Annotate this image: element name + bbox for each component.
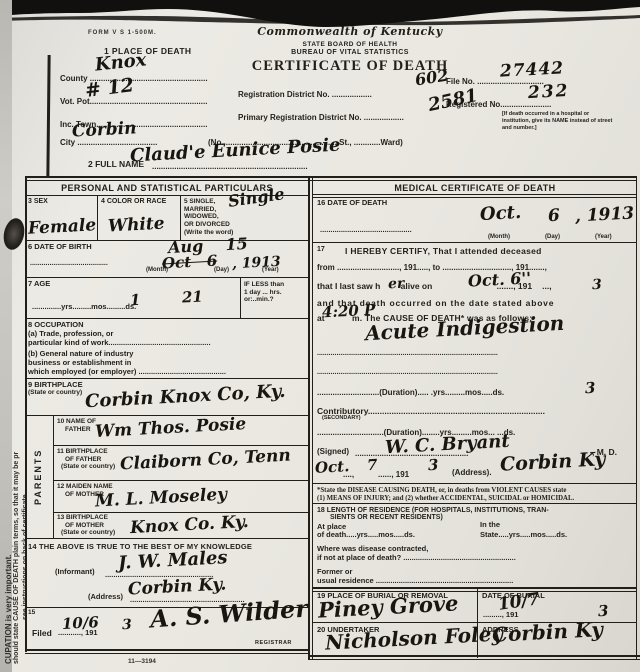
sign-date-day: 7 bbox=[367, 458, 378, 474]
registered-no-value: 232 bbox=[528, 83, 570, 102]
occupation-b3: which employed (or employer) ...........… bbox=[28, 368, 226, 377]
father-birthplace-value: Claiborn Co, Tenn bbox=[120, 448, 292, 474]
left-column-bottom-rule bbox=[25, 649, 309, 654]
dob-day-label: (Day) bbox=[214, 267, 229, 274]
item17-label: 17 bbox=[317, 246, 325, 254]
burial-place-value: Piney Grove bbox=[318, 592, 459, 620]
date-of-death-day: 6 bbox=[548, 208, 561, 226]
date-of-death-label: 16 DATE OF DEATH bbox=[317, 199, 387, 208]
table-left-border bbox=[25, 176, 27, 652]
sign-date-mid: ...., bbox=[343, 470, 354, 479]
ifless-l1: IF LESS than bbox=[244, 281, 284, 288]
city-value: Corbin bbox=[72, 120, 137, 140]
father-l1: 10 NAME OF bbox=[57, 418, 96, 425]
sex-label: 3 SEX bbox=[28, 198, 48, 206]
father-birthplace-label: 11 BIRTHPLACE OF FATHER (State or countr… bbox=[57, 448, 115, 471]
lastsaw-pre: that I last saw h bbox=[317, 281, 380, 291]
at-place-label-2: of death.....yrs.....mos.....ds. bbox=[317, 531, 415, 540]
page-fold-line bbox=[46, 55, 50, 177]
age-label: 7 AGE bbox=[28, 280, 50, 289]
burial-date-line: ........., 191 bbox=[483, 611, 518, 620]
marital-l4: OR DIVORCED bbox=[184, 221, 230, 228]
commonwealth-title: Commonwealth of Kentucky bbox=[240, 26, 460, 39]
marital-value: Single bbox=[227, 186, 285, 210]
birthplace-sublabel: (State or country) bbox=[28, 389, 82, 397]
filed-date-value: 10/6 bbox=[62, 615, 100, 632]
hline-row13 bbox=[25, 538, 309, 539]
marital-l3: WIDOWED, bbox=[184, 213, 219, 220]
lastsaw-end: ..., bbox=[542, 281, 551, 291]
filed-label: Filed bbox=[32, 628, 52, 638]
dob-month-label: (Month) bbox=[146, 267, 168, 274]
table-right-border bbox=[636, 176, 637, 660]
where-contracted-2: if not at place of death? ..............… bbox=[317, 554, 516, 563]
item15-label: 15 bbox=[28, 609, 35, 617]
dod-month-label: (Month) bbox=[488, 234, 510, 241]
sex-value: Female bbox=[28, 217, 97, 238]
cause-dots-1: ........................................… bbox=[317, 350, 498, 358]
county-label: County .................................… bbox=[60, 74, 208, 83]
race-value: White bbox=[108, 216, 165, 236]
certify-statement: I HEREBY CERTIFY, That I attended deceas… bbox=[345, 246, 542, 256]
vline-sex-race bbox=[97, 195, 98, 240]
registration-district-label: Registration District No. ..............… bbox=[238, 90, 372, 99]
dob-dots: ........................................ bbox=[30, 260, 108, 268]
lastsaw-her-value: er bbox=[388, 277, 405, 292]
father-bp-l2: OF FATHER bbox=[57, 456, 101, 463]
hline-row7 bbox=[25, 318, 309, 319]
father-name-value: Wm Thos. Posie bbox=[95, 416, 247, 441]
duration-line-1: ............................(Duration)..… bbox=[317, 388, 504, 397]
residence-label-2: SIENTS OR RECENT RESIDENTS) bbox=[330, 514, 443, 522]
vot-pot-label: Vot. Pot................................… bbox=[60, 97, 207, 106]
footnote-line-2: (1) MEANS OF INJURY; and (2) whether ACC… bbox=[317, 495, 574, 503]
physician-signature: W. C. Bryant bbox=[385, 433, 510, 458]
dod-dots: ........................................… bbox=[320, 226, 412, 235]
mother-name-value: M. L. Moseley bbox=[95, 487, 228, 511]
marital-l2: MARRIED, bbox=[184, 206, 216, 213]
lastsaw-year-value: 3 bbox=[592, 278, 602, 292]
hline-row8 bbox=[25, 378, 309, 379]
registration-district-value: 602 bbox=[414, 67, 449, 88]
form-code: FORM V S 1-500M. bbox=[88, 30, 157, 37]
age-months-value: 1 bbox=[130, 293, 141, 309]
dod-day-label: (Day) bbox=[545, 234, 560, 241]
ifless-l2: 1 day ... hrs. bbox=[244, 289, 282, 296]
margin-note-3: CUPATION is very important. bbox=[4, 555, 13, 665]
hline-below-footnote bbox=[313, 503, 636, 504]
mother-birthplace-label: 13 BIRTHPLACE OF MOTHER (State or countr… bbox=[57, 514, 115, 537]
sign-date-year: 3 bbox=[428, 458, 439, 474]
in-the-label-2: State.....yrs.....mos.....ds. bbox=[480, 531, 567, 540]
marital-l1: 5 SINGLE, bbox=[184, 198, 215, 205]
mother-l1: 12 MAIDEN NAME bbox=[57, 483, 113, 490]
hline-row12 bbox=[53, 512, 309, 513]
filed-year-value: 3 bbox=[122, 618, 132, 632]
duration-days-value: 3 bbox=[585, 381, 596, 397]
father-l2: FATHER bbox=[57, 426, 91, 433]
hline-row11 bbox=[53, 480, 309, 481]
if-less-note: IF LESS than 1 day ... hrs. or:..min.? bbox=[244, 281, 284, 304]
signed-label: (Signed) bbox=[317, 447, 349, 456]
father-bp-l3: (State or country) bbox=[57, 463, 115, 470]
bottom-rule bbox=[308, 655, 640, 660]
sign-address-value: Corbin Ky bbox=[500, 450, 606, 474]
vline-race-marital bbox=[180, 195, 181, 240]
informant-label: (Informant) bbox=[55, 568, 95, 577]
mother-bp-l2: OF MOTHER bbox=[57, 522, 104, 529]
table-top-rule bbox=[25, 176, 637, 181]
dob-value-line2: Oct 6 bbox=[162, 254, 218, 272]
age-line: ..............yrs.........mos.........ds… bbox=[32, 303, 136, 312]
dob-label: 6 DATE OF BIRTH bbox=[28, 243, 92, 252]
sign-address-label: (Address). bbox=[452, 468, 492, 477]
marital-label: 5 SINGLE, MARRIED, WIDOWED, OR DIVORCED … bbox=[184, 198, 233, 236]
medical-section-title: MEDICAL CERTIFICATE OF DEATH bbox=[313, 183, 637, 194]
father-name-label: 10 NAME OF FATHER bbox=[57, 418, 96, 433]
hline-row6 bbox=[25, 277, 309, 278]
file-no-value: 27442 bbox=[500, 60, 565, 80]
date-of-death-year: , 1913 bbox=[575, 205, 635, 225]
footnote-line-1: *State the DISEASE CAUSING DEATH, or, in… bbox=[317, 487, 566, 495]
death-certificate-scan: should state CAUSE OF DEATH plain terms,… bbox=[0, 0, 640, 672]
date-of-death-month: Oct. bbox=[480, 204, 522, 224]
vline-age-ifless bbox=[240, 277, 241, 318]
father-bp-l1: 11 BIRTHPLACE bbox=[57, 448, 108, 455]
board-title: STATE BOARD OF HEALTH bbox=[240, 41, 460, 49]
race-label: 4 COLOR OR RACE bbox=[101, 198, 166, 206]
sign-date-post: ......, 191 bbox=[378, 470, 409, 479]
hline-above-footnote bbox=[313, 483, 636, 484]
former-residence-2: usual residence ........................… bbox=[317, 577, 513, 586]
ifless-l3: or:..min.? bbox=[244, 296, 274, 303]
vline-parents bbox=[53, 415, 54, 538]
dob-year-label: (Year) bbox=[262, 267, 279, 274]
mother-birthplace-value: Knox Co. Ky. bbox=[130, 514, 250, 537]
primary-registration-label: Primary Registration District No. ......… bbox=[238, 113, 404, 122]
secondary-label: (SECONDARY) bbox=[322, 415, 361, 421]
in-the-label-1: In the bbox=[480, 521, 500, 530]
parents-label: PARENTS bbox=[33, 449, 43, 505]
cause-dots-2: ........................................… bbox=[317, 369, 498, 377]
county-value: Knox bbox=[94, 51, 147, 74]
lastsaw-date-value: Oct. 6'' bbox=[468, 270, 532, 289]
mother-bp-l1: 13 BIRTHPLACE bbox=[57, 514, 108, 521]
undertaker-address-value: Corbin Ky bbox=[492, 619, 604, 645]
mother-bp-l3: (State or country) bbox=[57, 529, 115, 536]
birthplace-value: Corbin Knox Co, Ky. bbox=[85, 383, 286, 411]
hline-row16 bbox=[313, 242, 636, 243]
age-days-value: 21 bbox=[182, 289, 204, 305]
hospital-note: [If death occurred in a hospital or inst… bbox=[502, 111, 614, 132]
margin-note-1: should state CAUSE OF DEATH plain terms,… bbox=[13, 452, 20, 664]
footer-form-code: 11—3194 bbox=[128, 658, 156, 666]
dod-year-label: (Year) bbox=[595, 234, 612, 241]
bureau-title: BUREAU OF VITAL STATISTICS bbox=[240, 49, 460, 57]
informant-address-label: (Address) bbox=[88, 593, 123, 602]
hline-row9 bbox=[25, 415, 309, 416]
occupation-a2: particular kind of work.................… bbox=[28, 339, 211, 348]
registrar-label: REGISTRAR bbox=[255, 640, 292, 646]
